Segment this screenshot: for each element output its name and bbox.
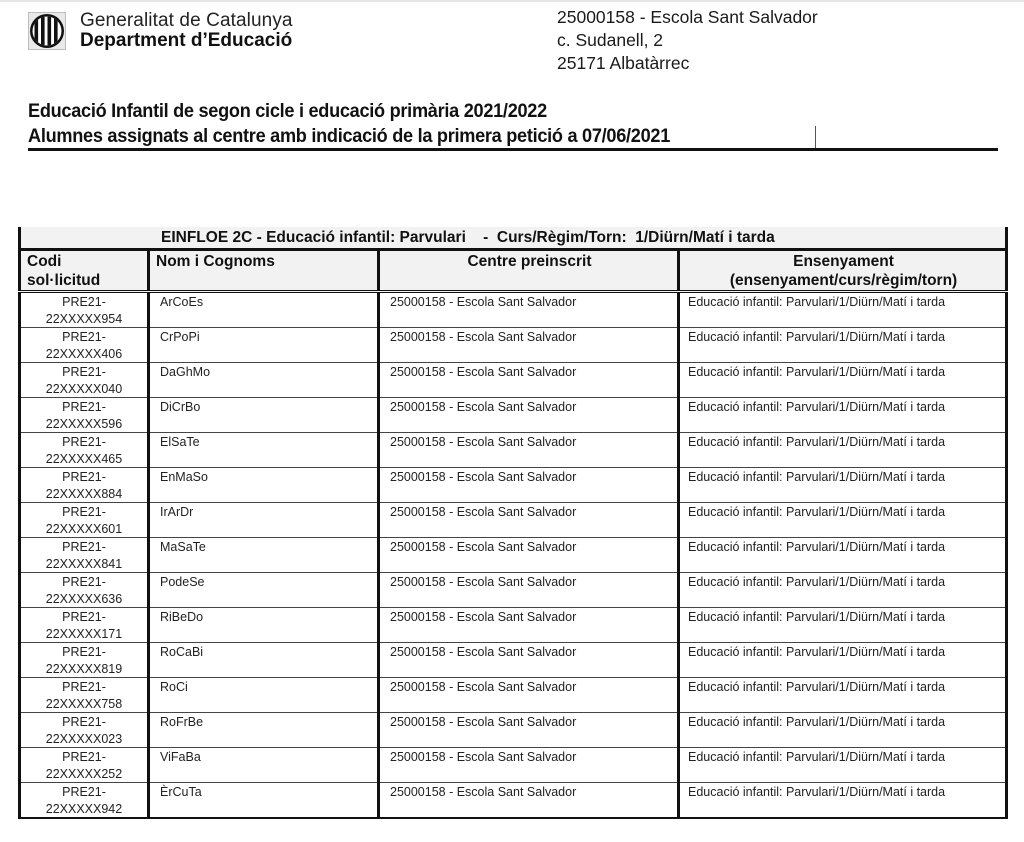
centre-cell: 25000158 - Escola Sant Salvador bbox=[379, 538, 679, 573]
centre-cell: 25000158 - Escola Sant Salvador bbox=[379, 363, 679, 398]
table-band-title: EINFLOE 2C - Educació infantil: Parvular… bbox=[20, 228, 1007, 250]
centre-cell: 25000158 - Escola Sant Salvador bbox=[379, 398, 679, 433]
generalitat-catalunya-logo-icon bbox=[28, 12, 66, 50]
ensenyament-cell: Educació infantil: Parvulari/1/Diürn/Mat… bbox=[679, 608, 1007, 643]
request-code-cell: PRE21-22XXXXX636 bbox=[20, 573, 149, 608]
table-row: PRE21-22XXXXX465ElSaTe25000158 - Escola … bbox=[20, 433, 1007, 468]
ensenyament-cell: Educació infantil: Parvulari/1/Diürn/Mat… bbox=[679, 713, 1007, 748]
table-row: PRE21-22XXXXX023RoFrBe25000158 - Escola … bbox=[20, 713, 1007, 748]
student-name-cell: ArCoEs bbox=[149, 292, 379, 328]
text-cursor bbox=[815, 126, 816, 148]
column-header-ensenyament: Ensenyament (ensenyament/curs/règim/torn… bbox=[679, 250, 1007, 292]
centre-cell: 25000158 - Escola Sant Salvador bbox=[379, 292, 679, 328]
request-code-cell: PRE21-22XXXXX884 bbox=[20, 468, 149, 503]
ensenyament-cell: Educació infantil: Parvulari/1/Diürn/Mat… bbox=[679, 328, 1007, 363]
centre-cell: 25000158 - Escola Sant Salvador bbox=[379, 503, 679, 538]
request-code-cell: PRE21-22XXXXX841 bbox=[20, 538, 149, 573]
request-code-cell: PRE21-22XXXXX465 bbox=[20, 433, 149, 468]
table-row: PRE21-22XXXXX171RiBeDo25000158 - Escola … bbox=[20, 608, 1007, 643]
assigned-students-table: EINFLOE 2C - Educació infantil: Parvular… bbox=[18, 227, 1008, 819]
school-city: 25171 Albatàrrec bbox=[557, 52, 818, 75]
student-name-cell: RoFrBe bbox=[149, 713, 379, 748]
centre-cell: 25000158 - Escola Sant Salvador bbox=[379, 748, 679, 783]
ensenyament-cell: Educació infantil: Parvulari/1/Diürn/Mat… bbox=[679, 748, 1007, 783]
student-name-cell: CrPoPi bbox=[149, 328, 379, 363]
ensenyament-cell: Educació infantil: Parvulari/1/Diürn/Mat… bbox=[679, 573, 1007, 608]
centre-cell: 25000158 - Escola Sant Salvador bbox=[379, 713, 679, 748]
ensenyament-cell: Educació infantil: Parvulari/1/Diürn/Mat… bbox=[679, 292, 1007, 328]
table-row: PRE21-22XXXXX040DaGhMo25000158 - Escola … bbox=[20, 363, 1007, 398]
ensenyament-cell: Educació infantil: Parvulari/1/Diürn/Mat… bbox=[679, 363, 1007, 398]
request-code-cell: PRE21-22XXXXX954 bbox=[20, 292, 149, 328]
table-body: PRE21-22XXXXX954ArCoEs25000158 - Escola … bbox=[20, 292, 1007, 819]
student-name-cell: RoCaBi bbox=[149, 643, 379, 678]
request-code-cell: PRE21-22XXXXX252 bbox=[20, 748, 149, 783]
school-name: 25000158 - Escola Sant Salvador bbox=[557, 6, 818, 29]
table-row: PRE21-22XXXXX942ÈrCuTa25000158 - Escola … bbox=[20, 783, 1007, 819]
request-code-cell: PRE21-22XXXXX171 bbox=[20, 608, 149, 643]
student-name-cell: ÈrCuTa bbox=[149, 783, 379, 819]
centre-cell: 25000158 - Escola Sant Salvador bbox=[379, 783, 679, 819]
student-name-cell: ViFaBa bbox=[149, 748, 379, 783]
student-name-cell: RoCi bbox=[149, 678, 379, 713]
table-row: PRE21-22XXXXX601IrArDr25000158 - Escola … bbox=[20, 503, 1007, 538]
table-row: PRE21-22XXXXX758RoCi25000158 - Escola Sa… bbox=[20, 678, 1007, 713]
table-band-row: EINFLOE 2C - Educació infantil: Parvular… bbox=[20, 228, 1007, 250]
title-line-2: Alumnes assignats al centre amb indicaci… bbox=[28, 124, 930, 149]
ensenyament-cell: Educació infantil: Parvulari/1/Diürn/Mat… bbox=[679, 678, 1007, 713]
ensenyament-cell: Educació infantil: Parvulari/1/Diürn/Mat… bbox=[679, 398, 1007, 433]
document-page: Generalitat de Catalunya Department d’Ed… bbox=[0, 0, 1024, 842]
table-row: PRE21-22XXXXX819RoCaBi25000158 - Escola … bbox=[20, 643, 1007, 678]
request-code-cell: PRE21-22XXXXX040 bbox=[20, 363, 149, 398]
organization-header: Generalitat de Catalunya Department d’Ed… bbox=[28, 11, 293, 51]
request-code-cell: PRE21-22XXXXX758 bbox=[20, 678, 149, 713]
student-name-cell: DiCrBo bbox=[149, 398, 379, 433]
student-name-cell: EnMaSo bbox=[149, 468, 379, 503]
government-name: Generalitat de Catalunya bbox=[80, 11, 293, 31]
centre-cell: 25000158 - Escola Sant Salvador bbox=[379, 573, 679, 608]
column-header-centre: Centre preinscrit bbox=[379, 250, 679, 292]
centre-cell: 25000158 - Escola Sant Salvador bbox=[379, 433, 679, 468]
request-code-cell: PRE21-22XXXXX942 bbox=[20, 783, 149, 819]
table-row: PRE21-22XXXXX841MaSaTe25000158 - Escola … bbox=[20, 538, 1007, 573]
ensenyament-cell: Educació infantil: Parvulari/1/Diürn/Mat… bbox=[679, 783, 1007, 819]
centre-cell: 25000158 - Escola Sant Salvador bbox=[379, 643, 679, 678]
request-code-cell: PRE21-22XXXXX023 bbox=[20, 713, 149, 748]
table-row: PRE21-22XXXXX252ViFaBa25000158 - Escola … bbox=[20, 748, 1007, 783]
ensenyament-cell: Educació infantil: Parvulari/1/Diürn/Mat… bbox=[679, 503, 1007, 538]
centre-cell: 25000158 - Escola Sant Salvador bbox=[379, 328, 679, 363]
ensenyament-cell: Educació infantil: Parvulari/1/Diürn/Mat… bbox=[679, 538, 1007, 573]
ensenyament-cell: Educació infantil: Parvulari/1/Diürn/Mat… bbox=[679, 433, 1007, 468]
column-header-code: Codi sol·licitud bbox=[20, 250, 149, 292]
student-name-cell: MaSaTe bbox=[149, 538, 379, 573]
table-row: PRE21-22XXXXX406CrPoPi25000158 - Escola … bbox=[20, 328, 1007, 363]
student-name-cell: ElSaTe bbox=[149, 433, 379, 468]
request-code-cell: PRE21-22XXXXX601 bbox=[20, 503, 149, 538]
student-name-cell: IrArDr bbox=[149, 503, 379, 538]
centre-cell: 25000158 - Escola Sant Salvador bbox=[379, 468, 679, 503]
request-code-cell: PRE21-22XXXXX406 bbox=[20, 328, 149, 363]
table-row: PRE21-22XXXXX636PodeSe25000158 - Escola … bbox=[20, 573, 1007, 608]
request-code-cell: PRE21-22XXXXX596 bbox=[20, 398, 149, 433]
title-line-1: Educació Infantil de segon cicle i educa… bbox=[28, 99, 930, 124]
table-row: PRE21-22XXXXX954ArCoEs25000158 - Escola … bbox=[20, 292, 1007, 328]
ensenyament-cell: Educació infantil: Parvulari/1/Diürn/Mat… bbox=[679, 468, 1007, 503]
student-name-cell: RiBeDo bbox=[149, 608, 379, 643]
centre-cell: 25000158 - Escola Sant Salvador bbox=[379, 608, 679, 643]
centre-cell: 25000158 - Escola Sant Salvador bbox=[379, 678, 679, 713]
title-underline bbox=[28, 148, 998, 151]
table-row: PRE21-22XXXXX596DiCrBo25000158 - Escola … bbox=[20, 398, 1007, 433]
student-name-cell: PodeSe bbox=[149, 573, 379, 608]
request-code-cell: PRE21-22XXXXX819 bbox=[20, 643, 149, 678]
students-table-container: EINFLOE 2C - Educació infantil: Parvular… bbox=[18, 227, 1005, 819]
table-header-row: Codi sol·licitud Nom i Cognoms Centre pr… bbox=[20, 250, 1007, 292]
student-name-cell: DaGhMo bbox=[149, 363, 379, 398]
document-title: Educació Infantil de segon cicle i educa… bbox=[28, 99, 930, 149]
school-street: c. Sudanell, 2 bbox=[557, 29, 818, 52]
department-name: Department d’Educació bbox=[80, 31, 293, 51]
school-address: 25000158 - Escola Sant Salvador c. Sudan… bbox=[557, 6, 818, 75]
table-row: PRE21-22XXXXX884EnMaSo25000158 - Escola … bbox=[20, 468, 1007, 503]
ensenyament-cell: Educació infantil: Parvulari/1/Diürn/Mat… bbox=[679, 643, 1007, 678]
column-header-name: Nom i Cognoms bbox=[149, 250, 379, 292]
